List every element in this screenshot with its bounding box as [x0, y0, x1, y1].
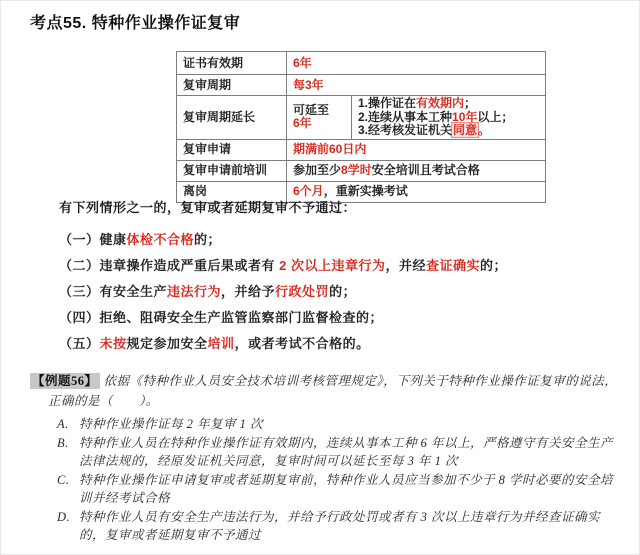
text-segment: 10年: [452, 110, 477, 124]
text-segment: （三）有安全生产: [59, 284, 167, 299]
text-segment: 8学时: [341, 163, 372, 177]
option-letter: D.: [57, 508, 79, 545]
text-segment: 3.经考核发证机关: [358, 123, 452, 137]
example-badge: 【例题56】: [30, 373, 100, 389]
table-row: 复审申请前培训 参加至少8学时安全培训且考试合格: [177, 160, 546, 181]
row-label: 复审周期延长: [177, 96, 287, 140]
row-value: 6年: [287, 52, 546, 75]
text-segment: 有效期内: [416, 96, 464, 110]
option-row-c: C. 特种作业操作证申请复审或者延期复审前，特种作业人员应当参加不少于 8 学时…: [57, 471, 620, 508]
text-segment: 6个月: [293, 184, 324, 198]
condition-item: （五）未按规定参加安全培训，或者考试不合格的。: [59, 331, 507, 357]
text-segment: 违法行为: [167, 284, 221, 299]
text-segment: ，重新实操考试: [324, 184, 408, 198]
condition-item: （四）拒绝、阻碍安全生产监管监察部门监督检查的；: [59, 305, 507, 331]
text-segment: 规定参加安全: [127, 336, 208, 351]
option-text: 特种作业操作证申请复审或者延期复审前，特种作业人员应当参加不少于 8 学时必要的…: [79, 471, 620, 508]
text-segment: ，或者考试不合格的。: [235, 336, 370, 351]
sub-value-line: 6年: [293, 117, 345, 131]
option-letter: A.: [57, 415, 79, 434]
text-segment: ，并经: [385, 258, 426, 273]
text-segment: 体检不合格: [127, 232, 195, 247]
text-segment: （一）健康: [59, 232, 127, 247]
example-question-block: 【例题56】依据《特种作业人员安全技术培训考核管理规定》，下列关于特种作业操作证…: [30, 371, 620, 545]
text-segment: 每3年: [293, 78, 324, 92]
row-value: 期满前60日内: [287, 139, 546, 160]
text-segment: ，并给予: [221, 284, 275, 299]
option-text: 特种作业操作证每 2 年复审 1 次: [79, 415, 620, 434]
condition-item: （一）健康体检不合格的；: [59, 227, 507, 253]
table-row: 复审周期 每3年: [177, 75, 546, 96]
text-segment: 未按: [100, 336, 127, 351]
text-segment: 培训: [208, 336, 235, 351]
row-detail: 1.操作证在有效期内； 2.连续从事本工种10年以上； 3.经考核发证机关同意。: [352, 96, 546, 140]
text-segment: 的；: [194, 232, 221, 247]
text-segment: 参加至少: [293, 163, 341, 177]
text-segment: 同意: [452, 123, 478, 137]
row-value: 每3年: [287, 75, 546, 96]
text-segment: 。: [478, 123, 490, 137]
text-segment: 1.操作证在: [358, 96, 416, 110]
row-sub-value: 可延至 6年: [287, 96, 352, 140]
option-letter: C.: [57, 471, 79, 508]
row-label: 复审申请前培训: [177, 160, 287, 181]
text-segment: ；: [464, 96, 476, 110]
row-label: 证书有效期: [177, 52, 287, 75]
text-segment: （二）违章操作造成严重后果或者有: [59, 258, 279, 273]
text-segment: 的；: [329, 284, 356, 299]
text-segment: 6年: [293, 56, 312, 70]
row-label: 复审周期: [177, 75, 287, 96]
option-row-d: D. 特种作业人员有安全生产违法行为，并给予行政处罚或者有 3 次以上违章行为并…: [57, 508, 620, 545]
detail-line: 2.连续从事本工种10年以上；: [358, 111, 539, 125]
option-letter: B.: [57, 434, 79, 471]
text-segment: （四）拒绝、阻碍安全生产监管监察部门监督检查的；: [59, 310, 383, 325]
table-row: 复审周期延长 可延至 6年 1.操作证在有效期内； 2.连续从事本工种10年以上…: [177, 96, 546, 140]
condition-item: （三）有安全生产违法行为，并给予行政处罚的；: [59, 279, 507, 305]
conditions-list: （一）健康体检不合格的； （二）违章操作造成严重后果或者有 2 次以上违章行为，…: [59, 227, 507, 357]
text-segment: （五）: [59, 336, 100, 351]
row-value: 参加至少8学时安全培训且考试合格: [287, 160, 546, 181]
option-text: 特种作业人员在特种作业操作证有效期内，连续从事本工种 6 年以上，严格遵守有关安…: [79, 434, 620, 471]
text-segment: 期满前60日内: [293, 142, 366, 156]
text-segment: 2.连续从事本工种: [358, 110, 452, 124]
text-segment: 安全培训且考试合格: [372, 163, 480, 177]
detail-line: 3.经考核发证机关同意。: [358, 124, 539, 138]
text-segment: 可延至: [293, 103, 329, 117]
text-segment: 行政处罚: [275, 284, 329, 299]
table-row: 证书有效期 6年: [177, 52, 546, 75]
option-text: 特种作业人员有安全生产违法行为，并给予行政处罚或者有 3 次以上违章行为并经查证…: [79, 508, 620, 545]
example-question-text: 依据《特种作业人员安全技术培训考核管理规定》，下列关于特种作业操作证复审的说法，…: [48, 374, 617, 408]
review-summary-table: 证书有效期 6年 复审周期 每3年 复审周期延长 可延至 6年 1.操作证在有效…: [176, 51, 546, 203]
intro-text: 有下列情形之一的，复审或者延期复审不予通过：: [59, 197, 356, 216]
option-row-b: B. 特种作业人员在特种作业操作证有效期内，连续从事本工种 6 年以上，严格遵守…: [57, 434, 620, 471]
example-question: 【例题56】依据《特种作业人员安全技术培训考核管理规定》，下列关于特种作业操作证…: [30, 371, 620, 411]
text-segment: 2 次以上违章行为: [279, 258, 385, 273]
table-row: 复审申请 期满前60日内: [177, 139, 546, 160]
row-label: 复审申请: [177, 139, 287, 160]
condition-item: （二）违章操作造成严重后果或者有 2 次以上违章行为，并经查证确实的；: [59, 253, 507, 279]
option-row-a: A. 特种作业操作证每 2 年复审 1 次: [57, 415, 620, 434]
text-segment: 的；: [480, 258, 507, 273]
text-segment: 以上；: [477, 110, 513, 124]
options-list: A. 特种作业操作证每 2 年复审 1 次 B. 特种作业人员在特种作业操作证有…: [30, 415, 620, 545]
detail-line: 1.操作证在有效期内；: [358, 97, 539, 111]
text-segment: 查证确实: [426, 258, 480, 273]
text-segment: 6年: [293, 116, 312, 130]
page-title: 考点55. 特种作业操作证复审: [30, 10, 240, 33]
